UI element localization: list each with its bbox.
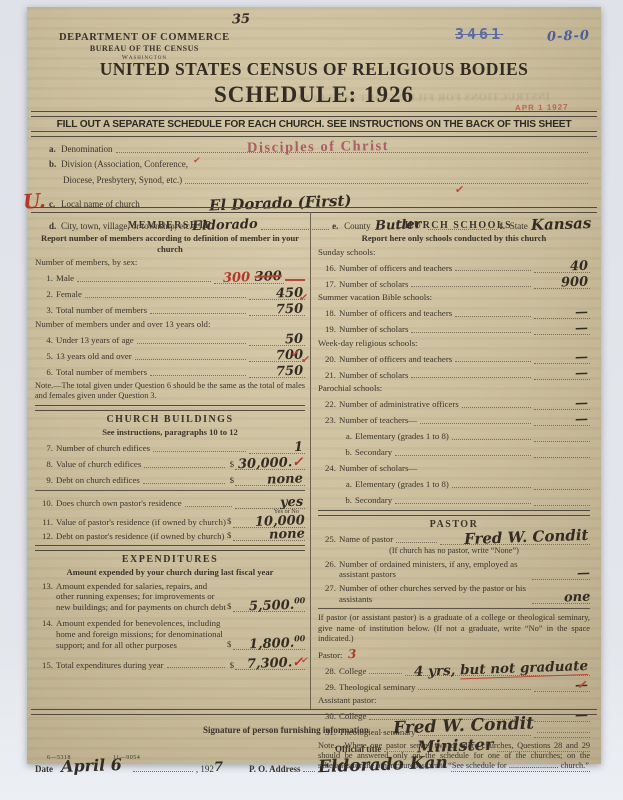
q-no: 18. <box>318 308 336 319</box>
q-no: 6. <box>35 367 53 378</box>
q-label: Debt on church edifices <box>56 475 140 486</box>
question-row-5: 5. 13 years old and over 700 <box>35 349 305 362</box>
denomination-stamp: Disciples of Christ <box>247 138 389 157</box>
rule <box>35 545 305 551</box>
membership-title: MEMBERSHIP <box>35 220 305 232</box>
dollar-sign: $ <box>227 530 231 541</box>
answer-slot: $5,500.00 <box>233 600 305 612</box>
question-row-23: 23. Number of teachers— — <box>318 413 590 426</box>
dotted-leader <box>455 352 531 362</box>
question-row-8: 8. Value of church edifices $ 30,000.✓ <box>35 457 305 470</box>
dotted-leader <box>77 272 211 282</box>
pastor-none-note: (If church has no pastor, write “None”) <box>318 546 590 556</box>
q-label: Secondary <box>355 447 392 458</box>
q-label: Number of officers and teachers <box>339 263 452 274</box>
q-no: 3. <box>35 305 53 316</box>
schools-title: CHURCH SCHOOLS <box>318 220 590 232</box>
dotted-leader <box>135 350 246 360</box>
group-label: Number of members under and over 13 year… <box>35 319 305 330</box>
year-handwritten: 7 <box>214 761 223 774</box>
red-numeral-mark: 3 <box>347 647 356 659</box>
group-label: Parochial schools: <box>318 383 590 394</box>
q-no: 14. <box>35 618 53 629</box>
group-label: Week-day religious schools: <box>318 338 590 349</box>
left-column: MEMBERSHIP Report number of members acco… <box>35 217 305 670</box>
expenditures-title: EXPENDITURES <box>35 554 305 566</box>
q-no: 21. <box>318 370 336 381</box>
buildings-title: CHURCH BUILDINGS <box>35 414 305 426</box>
answer-slot: $1,800.00 <box>233 638 305 650</box>
question-row-18: 18. Number of officers and teachers — <box>318 306 590 319</box>
rule <box>35 405 305 411</box>
q-label: Number of officers and teachers <box>339 308 452 319</box>
instruction-banner: FILL OUT A SEPARATE SCHEDULE FOR EACH CH… <box>31 111 597 137</box>
q-no: 24. <box>318 463 336 474</box>
dotted-leader <box>411 368 531 378</box>
question-row-11: 11.Value of pastor's residence (if owned… <box>35 517 305 528</box>
department-block: DEPARTMENT OF COMMERCE BUREAU OF THE CEN… <box>59 31 230 62</box>
expenditures-subtitle: Amount expended by your church during la… <box>35 567 305 578</box>
membership-subtitle: Report number of members according to de… <box>35 233 305 254</box>
form-title: UNITED STATES CENSUS OF RELIGIOUS BODIES <box>27 59 601 80</box>
q-no: 11. <box>35 517 53 528</box>
question-row-2: 2. Female 450 <box>35 287 305 300</box>
q-no: 25. <box>318 534 336 545</box>
row-division-line1: b. Division (Association, Conference, <box>49 159 591 170</box>
question-row-24a: a. Elementary (grades 1 to 8) <box>318 477 590 490</box>
dotted-leader <box>153 442 246 452</box>
male-count-red: 300 <box>223 270 251 286</box>
dotted-leader <box>452 430 531 440</box>
answer-slot: 40 <box>534 261 590 273</box>
dotted-leader <box>452 478 531 488</box>
q-no: 26. <box>318 559 336 570</box>
dollar-sign: $ <box>230 475 234 486</box>
po-address-label: P. O. Address <box>249 764 301 774</box>
q-label: 13 years old and over <box>56 351 132 362</box>
wd-scholars: — <box>575 367 588 380</box>
dollar-sign: $ <box>227 601 231 612</box>
dotted-leader <box>144 458 224 468</box>
official-title-row: Official title Minister <box>335 738 593 754</box>
dotted-leader <box>133 762 193 772</box>
salaries-amount: 5,500.00 <box>248 596 305 613</box>
dollar-sign: $ <box>230 459 234 470</box>
q-label: Secondary <box>355 495 392 506</box>
answer-slot: 4 yrs, but not graduate <box>405 664 590 676</box>
other-churches-served: one <box>563 591 590 605</box>
dotted-leader <box>85 288 246 298</box>
item-label: Denomination <box>61 144 113 155</box>
red-check-icon: ✓ <box>292 455 303 470</box>
red-check-icon: ✓ <box>300 352 311 366</box>
answer-slot <box>534 478 590 490</box>
dotted-leader <box>395 494 531 504</box>
dotted-leader <box>143 474 225 484</box>
official-title-label: Official title <box>335 744 381 754</box>
q-label: College <box>339 666 366 677</box>
question-row-3: 3. Total number of members 750 <box>35 303 305 316</box>
q-no: a. <box>318 479 352 490</box>
q-no: 23. <box>318 415 336 426</box>
dotted-leader <box>455 261 531 271</box>
q-label: Name of pastor <box>339 534 393 545</box>
dotted-leader <box>411 323 531 333</box>
buildings-subtitle: See instructions, paragraphs 10 to 12 <box>35 427 305 438</box>
q-no: 2. <box>35 289 53 300</box>
red-check-icon: ✓ <box>290 346 301 360</box>
question-row-28: 28. College 4 yrs, but not graduate <box>318 663 590 676</box>
signature-handwritten: Fred W. Condit <box>393 716 535 738</box>
question-row-15: 15. Total expenditures during year $ 7,3… <box>35 657 305 670</box>
form-number-1: 6—5318 <box>47 755 71 761</box>
pastor-name: Fred W. Condit <box>463 528 588 547</box>
q-no: 9. <box>35 475 53 486</box>
handwritten-blue-code: 0-8-0 <box>547 28 590 44</box>
q-no: 19. <box>318 324 336 335</box>
ss-scholars: 900 <box>561 276 589 290</box>
page-number-handwritten: 35 <box>232 13 251 27</box>
q-label: Under 13 years of age <box>56 335 134 346</box>
po-address-handwritten: Eldorado Kan <box>318 755 448 777</box>
question-row-10: 10. Does church own pastor's residence y… <box>35 496 305 509</box>
q-label: Male <box>56 273 74 284</box>
teachers-dash: — <box>575 413 588 426</box>
question-row-26: 26.Number of ordained ministers, if any,… <box>318 559 590 580</box>
item-letter: b. <box>49 159 61 170</box>
dotted-leader <box>396 533 437 543</box>
q-label: Value of pastor's residence (if owned by… <box>56 517 226 527</box>
red-check-icon: ✓ <box>192 155 201 167</box>
form-numbers: 6—5318 11—9054 <box>47 755 180 761</box>
answer-slot <box>534 446 590 458</box>
item-label: Division (Association, Conference, <box>61 159 188 170</box>
q-label: Number of administrative officers <box>339 399 459 410</box>
benevolences-amount: 1,800.00 <box>248 634 305 651</box>
dotted-leader <box>455 307 531 317</box>
answer-slot: 750 <box>249 366 305 378</box>
answer-slot: — <box>534 307 590 319</box>
male-count-struck: 300 <box>255 269 283 285</box>
answer-slot: 750 <box>249 304 305 316</box>
parochial-officers: — <box>575 397 588 410</box>
serial-number-stamp: 3461 <box>455 25 503 43</box>
dotted-leader <box>418 680 531 690</box>
edifice-value: 30,000.✓ <box>238 456 304 471</box>
q-label: Theological seminary <box>339 682 415 693</box>
dotted-leader <box>185 174 588 184</box>
schools-subtitle: Report here only schools conducted by th… <box>318 233 590 244</box>
department-line1: DEPARTMENT OF COMMERCE <box>59 31 230 44</box>
assistant-ministers: — <box>577 567 590 580</box>
q-label: Number of scholars <box>339 324 408 335</box>
dotted-leader <box>150 304 246 314</box>
rule <box>31 131 597 137</box>
question-row-27: 27.Number of other churches served by th… <box>318 583 590 604</box>
question-row-13: 13.Amount expended for salaries, repairs… <box>35 581 305 613</box>
dotted-leader <box>137 334 246 344</box>
red-check-icon: ✓ <box>454 182 465 196</box>
q-no: 7. <box>35 443 53 454</box>
q-label: Number of scholars <box>339 279 408 290</box>
answer-slot: 1 <box>249 442 305 454</box>
signature-row: Signature of person furnishing informati… <box>203 718 593 735</box>
dotted-leader <box>497 742 590 752</box>
q-label: Number of other churches served by the p… <box>339 583 526 604</box>
question-row-25: 25. Name of pastor Fred W. Condit <box>318 532 590 545</box>
answer-slot: — <box>534 352 590 364</box>
dotted-leader <box>384 742 414 752</box>
red-check-icon: ✓ <box>298 290 309 304</box>
q-no: b. <box>318 447 352 458</box>
answer-slot: Fred W. Condit <box>440 533 590 545</box>
answer-slot: — <box>534 398 590 410</box>
right-column: CHURCH SCHOOLS Report here only schools … <box>318 217 590 772</box>
total-members-2: 750 <box>276 364 304 378</box>
q-label: Female <box>56 289 82 300</box>
q-label: Amount expended for benevolences, includ… <box>56 618 223 649</box>
answer-slot <box>534 494 590 506</box>
q-label: Elementary (grades 1 to 8) <box>355 431 449 442</box>
q-no: 16. <box>318 263 336 274</box>
ss-officers: 40 <box>570 260 589 274</box>
red-check-icon: ✓ <box>300 655 309 667</box>
q-no: 20. <box>318 354 336 365</box>
dotted-leader <box>303 762 315 772</box>
q-label: Total expenditures during year <box>56 660 164 671</box>
group-label: Number of members, by sex: <box>35 257 305 268</box>
question-row-24: 24. Number of scholars— <box>318 461 590 474</box>
question-row-29: 29. Theological seminary — <box>318 679 590 692</box>
question-row-7: 7. Number of church edifices 1 <box>35 441 305 454</box>
q-label: Number of teachers— <box>339 415 417 426</box>
column-divider <box>310 212 311 709</box>
q-no: 28. <box>318 666 336 677</box>
answer-slot: — <box>534 323 590 335</box>
q-no: 17. <box>318 279 336 290</box>
q-label: Number of scholars <box>339 370 408 381</box>
q-label: Debt on pastor's residence (if owned by … <box>56 531 224 541</box>
pastor-college: 4 yrs, but not graduate <box>414 660 589 680</box>
question-row-12: 12.Debt on pastor's residence (if owned … <box>35 531 305 542</box>
question-row-22: 22. Number of administrative officers — <box>318 397 590 410</box>
rule <box>31 207 597 213</box>
form-number-2: 11—9054 <box>113 755 140 761</box>
q-no: 4. <box>35 335 53 346</box>
question-row-23a: a. Elementary (grades 1 to 8) <box>318 429 590 442</box>
dotted-leader <box>451 762 590 772</box>
q-no: b. <box>318 495 352 506</box>
dotted-leader <box>167 658 225 668</box>
question-row-21: 21. Number of scholars — <box>318 367 590 380</box>
wd-officers: — <box>575 351 588 364</box>
q-no: 12. <box>35 531 53 542</box>
row-division-line2: Diocese, Presbytery, Synod, etc.) <box>49 174 591 186</box>
dotted-leader <box>420 414 531 424</box>
red-check-icon: ✓ <box>576 676 589 693</box>
question-row-9: 9. Debt on church edifices $ none <box>35 473 305 486</box>
dotted-leader <box>372 723 390 733</box>
q-no: 15. <box>35 660 53 671</box>
department-line2: BUREAU OF THE CENSUS <box>59 44 230 54</box>
item-label: Diocese, Presbytery, Synod, etc.) <box>63 175 182 186</box>
total-expenditures: 7,300.✓ <box>247 656 304 671</box>
total-members: 750 <box>276 303 304 317</box>
answer-slot: 300 300 <box>214 272 284 284</box>
dotted-leader <box>411 277 531 287</box>
q-label: Number of church edifices <box>56 443 150 454</box>
q-no: 27. <box>318 583 336 594</box>
dotted-leader <box>150 366 246 376</box>
group-label: Sunday schools: <box>318 247 590 258</box>
q-no: 10. <box>35 498 53 509</box>
answer-slot: 7,300.✓ <box>235 658 305 670</box>
answer-slot: — <box>534 414 590 426</box>
q-no: 8. <box>35 459 53 470</box>
answer-slot: yes Yes or No <box>235 497 305 509</box>
q-no: 13. <box>35 581 53 592</box>
red-strike-mark <box>285 279 305 281</box>
pastor-subheading: Pastor: 3 <box>318 648 590 661</box>
rule <box>318 608 590 609</box>
dollar-sign: $ <box>227 516 231 527</box>
answer-slot: 50 <box>249 334 305 346</box>
dotted-leader <box>395 446 531 456</box>
q-label: Number of officers and teachers <box>339 354 452 365</box>
question-row-6: 6. Total number of members 750 <box>35 365 305 378</box>
question-row-24b: b. Secondary <box>318 493 590 506</box>
pastor-label: Pastor: <box>318 650 342 660</box>
group-label: Summer vacation Bible schools: <box>318 292 590 303</box>
answer-slot: — <box>532 568 590 580</box>
q-label: Number of ordained ministers, if any, em… <box>339 559 518 580</box>
year-prefix: , 192 <box>196 764 214 774</box>
question-row-17: 17. Number of scholars 900 <box>318 276 590 289</box>
dotted-leader <box>369 664 402 674</box>
answer-slot: 30,000.✓ <box>235 458 305 470</box>
q-no: 22. <box>318 399 336 410</box>
answer-slot: — <box>534 368 590 380</box>
footer-section: Signature of person furnishing informati… <box>35 715 593 774</box>
question-row-16: 16. Number of officers and teachers 40 <box>318 260 590 273</box>
instruction-banner-text: FILL OUT A SEPARATE SCHEDULE FOR EACH CH… <box>31 117 597 131</box>
q-no: 29. <box>318 682 336 693</box>
question-row-19: 19. Number of scholars — <box>318 322 590 335</box>
dotted-leader <box>185 497 232 507</box>
q-label: Amount expended for salaries, repairs, a… <box>56 581 226 612</box>
scanned-census-form: INSTRUCTIONS FOR FILLING OUT SCHEDULE 35… <box>27 7 601 764</box>
edifice-count: 1 <box>294 441 303 454</box>
rule <box>318 510 590 516</box>
under-13-count: 50 <box>285 332 304 346</box>
q-label: Elementary (grades 1 to 8) <box>355 479 449 490</box>
q-label: Does church own pastor's residence <box>56 498 182 509</box>
svbs-scholars: — <box>575 322 588 335</box>
answer-slot: 900 <box>534 277 590 289</box>
q-no: a. <box>318 431 352 442</box>
question-row-23b: b. Secondary <box>318 445 590 458</box>
question-row-14: 14.Amount expended for benevolences, inc… <box>35 618 305 650</box>
answer-slot: one <box>532 592 590 604</box>
answer-slot: none <box>235 474 305 486</box>
assistant-pastor-label: Assistant pastor: <box>318 695 590 706</box>
q-label: Total number of members <box>56 367 147 378</box>
svbs-officers: — <box>575 306 588 319</box>
q-label: Value of church edifices <box>56 459 141 470</box>
dollar-sign: $ <box>230 660 234 671</box>
item-letter: a. <box>49 144 61 155</box>
question-row-1: 1. Male 300 300 <box>35 271 305 284</box>
question-row-20: 20. Number of officers and teachers — <box>318 351 590 364</box>
membership-note: Note.—The total given under Question 6 s… <box>35 381 305 402</box>
rule <box>35 490 305 491</box>
dotted-leader <box>537 723 590 733</box>
q-label: Number of scholars— <box>339 463 417 474</box>
answer-slot: 450 <box>249 288 305 300</box>
dotted-leader <box>462 398 531 408</box>
q-no: 5. <box>35 351 53 362</box>
residence-debt: none <box>269 527 305 541</box>
graduate-instructions: If pastor (or assistant pastor) is a gra… <box>318 613 590 645</box>
answer-slot <box>534 430 590 442</box>
q-no: 1. <box>35 273 53 284</box>
q-label: Total number of members <box>56 305 147 316</box>
question-row-4: 4. Under 13 years of age 50 <box>35 333 305 346</box>
signature-label: Signature of person furnishing informati… <box>203 725 369 735</box>
edifice-debt: none <box>267 472 303 486</box>
date-label: Date <box>35 764 53 774</box>
answer-slot: $none <box>233 529 305 541</box>
dollar-sign: $ <box>227 639 231 650</box>
